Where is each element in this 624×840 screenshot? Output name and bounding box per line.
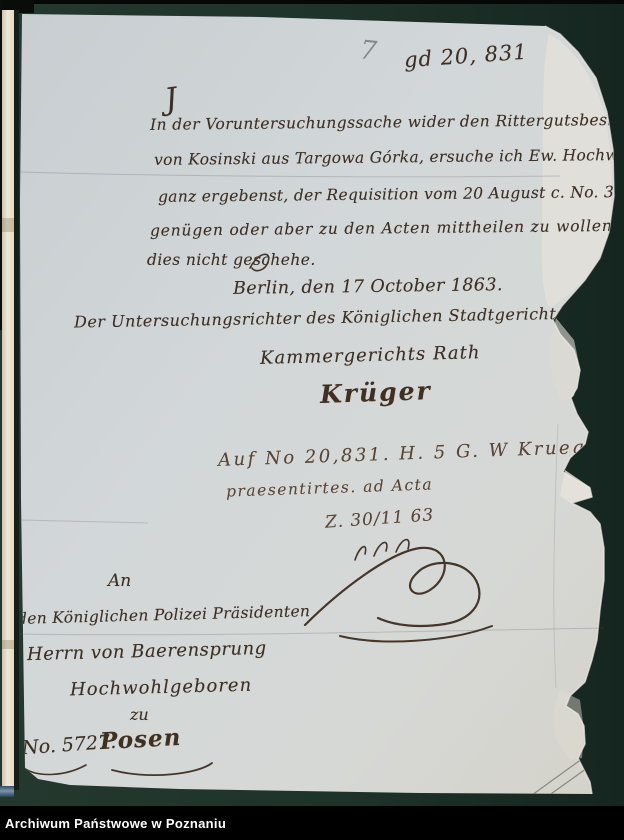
- archive-caption: Archiwum Państwowe w Poznaniu: [5, 816, 226, 831]
- pencil-corner-mark: [548, 766, 590, 796]
- reference-underline: [24, 765, 86, 774]
- closing-flourish: [250, 254, 269, 270]
- posen-underline: [112, 763, 212, 775]
- pencil-corner-mark: [532, 756, 586, 795]
- archive-scan-viewer: 7 gd 20, 831 J In der Voruntersuchungssa…: [0, 0, 624, 840]
- paraph-signature-flourish: [305, 548, 479, 626]
- paraph-tick: [355, 547, 366, 560]
- flourish-layer: [0, 0, 624, 840]
- paraph-underline-sweep: [340, 626, 492, 641]
- caption-bar: Archiwum Państwowe w Poznaniu: [0, 806, 624, 840]
- paraph-tick: [374, 542, 387, 556]
- handwriting-layer: 7 gd 20, 831 J In der Voruntersuchungssa…: [0, 0, 624, 840]
